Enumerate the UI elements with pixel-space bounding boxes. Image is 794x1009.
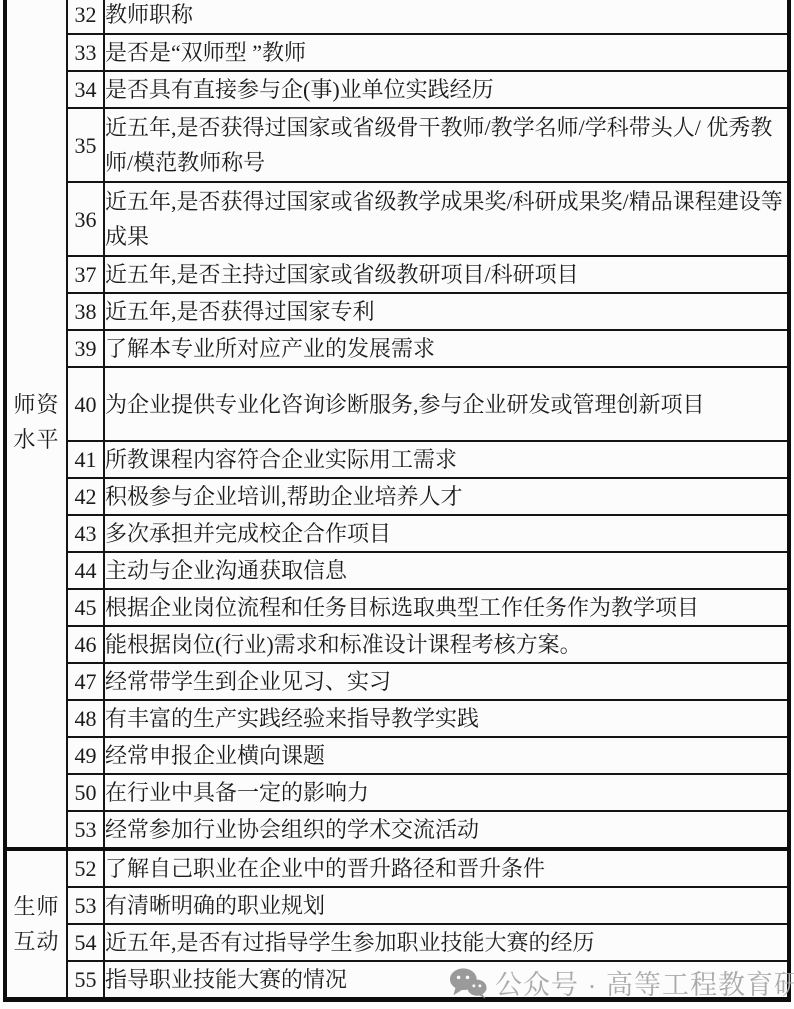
row-text: 在行业中具备一定的影响力 xyxy=(104,774,789,811)
row-number: 55 xyxy=(67,961,104,1000)
row-number: 32 xyxy=(67,0,104,34)
row-number: 39 xyxy=(67,330,104,367)
watermark: 公众号 · 高等工程教育研究 xyxy=(449,963,794,1002)
row-number: 45 xyxy=(67,589,104,626)
row-text: 教师职称 xyxy=(104,0,789,34)
row-number: 54 xyxy=(67,924,104,961)
scanned-table-page: 师资 水平 32 教师职称 33 是否是“双师型 ”教师 34 是否具有直接参与… xyxy=(0,0,794,1009)
row-text: 近五年,是否获得过国家专利 xyxy=(104,293,789,330)
row-text: 近五年,是否获得过国家或省级骨干教师/教学名师/学科带头人/ 优秀教师/模范教师… xyxy=(104,108,789,182)
table-row: 53 经常参加行业协会组织的学术交流活动 xyxy=(5,811,789,849)
table-row: 33 是否是“双师型 ”教师 xyxy=(5,34,789,71)
row-number: 53 xyxy=(67,811,104,849)
row-text: 经常参加行业协会组织的学术交流活动 xyxy=(104,811,789,849)
row-text: 经常申报企业横向课题 xyxy=(104,737,789,774)
row-number: 48 xyxy=(67,700,104,737)
row-text: 近五年,是否有过指导学生参加职业技能大赛的经历 xyxy=(104,924,789,961)
category-label-line2: 互动 xyxy=(7,924,66,959)
table-row: 46 能根据岗位(行业)需求和标准设计课程考核方案。 xyxy=(5,626,789,663)
row-text: 主动与企业沟通获取信息 xyxy=(104,552,789,589)
table-row: 39 了解本专业所对应产业的发展需求 xyxy=(5,330,789,367)
table-row: 45 根据企业岗位流程和任务目标选取典型工作任务作为教学项目 xyxy=(5,589,789,626)
table-row: 49 经常申报企业横向课题 xyxy=(5,737,789,774)
table-row: 35 近五年,是否获得过国家或省级骨干教师/教学名师/学科带头人/ 优秀教师/模… xyxy=(5,108,789,182)
row-number: 47 xyxy=(67,663,104,700)
table-row: 生师 互动 52 了解自己职业在企业中的晋升路径和晋升条件 xyxy=(5,849,789,887)
table-row: 43 多次承担并完成校企合作项目 xyxy=(5,515,789,552)
table-row: 36 近五年,是否获得过国家或省级教学成果奖/科研成果奖/精品课程建设等成果 xyxy=(5,182,789,256)
category-cell-interaction: 生师 互动 xyxy=(5,849,67,1000)
row-number: 44 xyxy=(67,552,104,589)
category-cell-teacher-quality: 师资 水平 xyxy=(5,0,67,849)
table-row: 师资 水平 32 教师职称 xyxy=(5,0,789,34)
wechat-icon xyxy=(449,967,487,999)
table-row: 41 所教课程内容符合企业实际用工需求 xyxy=(5,441,789,478)
row-number: 42 xyxy=(67,478,104,515)
row-number: 41 xyxy=(67,441,104,478)
row-text: 所教课程内容符合企业实际用工需求 xyxy=(104,441,789,478)
row-text: 有丰富的生产实践经验来指导教学实践 xyxy=(104,700,789,737)
row-number: 34 xyxy=(67,71,104,108)
row-number: 46 xyxy=(67,626,104,663)
category-label-line2: 水平 xyxy=(7,422,66,457)
row-number: 40 xyxy=(67,367,104,441)
row-text: 有清晰明确的职业规划 xyxy=(104,887,789,924)
row-text: 了解自己职业在企业中的晋升路径和晋升条件 xyxy=(104,849,789,887)
row-text: 为企业提供专业化咨询诊断服务,参与企业研发或管理创新项目 xyxy=(104,367,789,441)
row-number: 49 xyxy=(67,737,104,774)
survey-items-table: 师资 水平 32 教师职称 33 是否是“双师型 ”教师 34 是否具有直接参与… xyxy=(3,0,791,1002)
row-number: 35 xyxy=(67,108,104,182)
table-row: 38 近五年,是否获得过国家专利 xyxy=(5,293,789,330)
row-number: 36 xyxy=(67,182,104,256)
table-row: 53 有清晰明确的职业规划 xyxy=(5,887,789,924)
table-row: 34 是否具有直接参与企(事)业单位实践经历 xyxy=(5,71,789,108)
row-text: 近五年,是否主持过国家或省级教研项目/科研项目 xyxy=(104,256,789,293)
category-label-line1: 生师 xyxy=(7,889,66,924)
row-text: 多次承担并完成校企合作项目 xyxy=(104,515,789,552)
table-row: 48 有丰富的生产实践经验来指导教学实践 xyxy=(5,700,789,737)
row-text: 积极参与企业培训,帮助企业培养人才 xyxy=(104,478,789,515)
category-label-line1: 师资 xyxy=(7,387,66,422)
section-teacher-quality: 师资 水平 32 教师职称 33 是否是“双师型 ”教师 34 是否具有直接参与… xyxy=(5,0,789,849)
row-text: 近五年,是否获得过国家或省级教学成果奖/科研成果奖/精品课程建设等成果 xyxy=(104,182,789,256)
table-row: 50 在行业中具备一定的影响力 xyxy=(5,774,789,811)
row-number: 52 xyxy=(67,849,104,887)
row-text: 能根据岗位(行业)需求和标准设计课程考核方案。 xyxy=(104,626,789,663)
watermark-text: 公众号 · 高等工程教育研究 xyxy=(495,963,794,1002)
row-text: 了解本专业所对应产业的发展需求 xyxy=(104,330,789,367)
table-row: 37 近五年,是否主持过国家或省级教研项目/科研项目 xyxy=(5,256,789,293)
row-number: 50 xyxy=(67,774,104,811)
row-number: 53 xyxy=(67,887,104,924)
table-row: 40 为企业提供专业化咨询诊断服务,参与企业研发或管理创新项目 xyxy=(5,367,789,441)
table-row: 44 主动与企业沟通获取信息 xyxy=(5,552,789,589)
row-text: 是否具有直接参与企(事)业单位实践经历 xyxy=(104,71,789,108)
row-text: 经常带学生到企业见习、实习 xyxy=(104,663,789,700)
row-number: 38 xyxy=(67,293,104,330)
row-number: 33 xyxy=(67,34,104,71)
table-row: 42 积极参与企业培训,帮助企业培养人才 xyxy=(5,478,789,515)
table-row: 47 经常带学生到企业见习、实习 xyxy=(5,663,789,700)
table-row: 54 近五年,是否有过指导学生参加职业技能大赛的经历 xyxy=(5,924,789,961)
row-number: 43 xyxy=(67,515,104,552)
row-number: 37 xyxy=(67,256,104,293)
row-text: 根据企业岗位流程和任务目标选取典型工作任务作为教学项目 xyxy=(104,589,789,626)
row-text: 是否是“双师型 ”教师 xyxy=(104,34,789,71)
